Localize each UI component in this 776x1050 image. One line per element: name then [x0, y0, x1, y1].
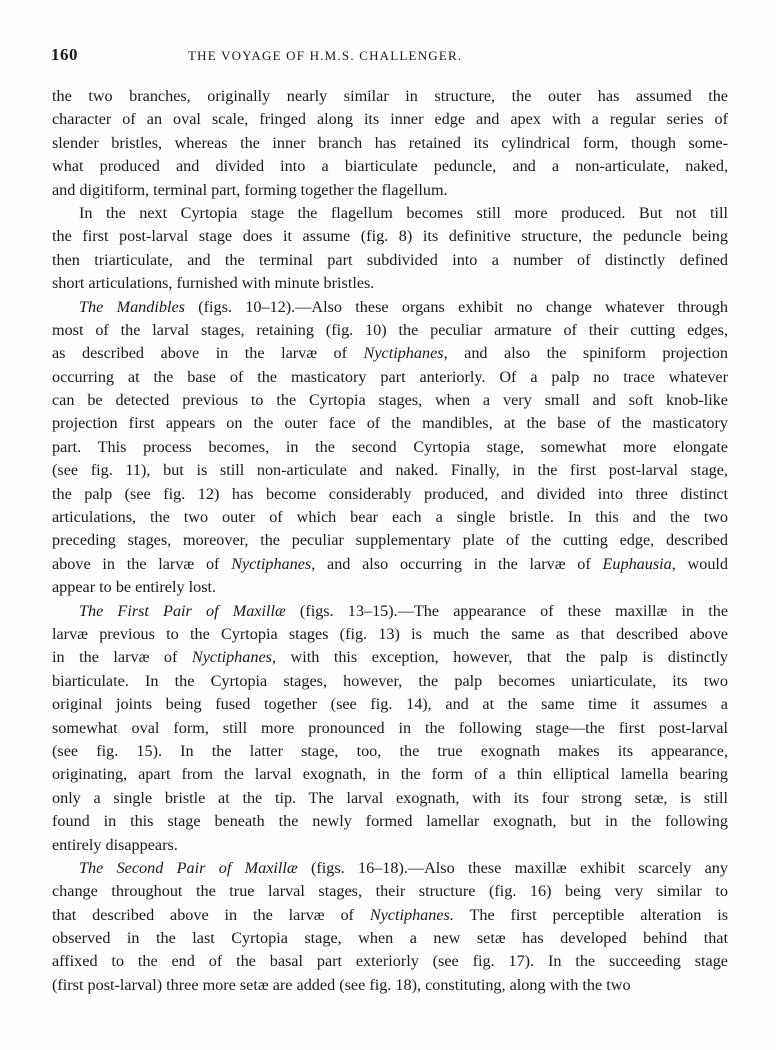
text-line: observed in the last Cyrtopia stage, whe…	[52, 927, 728, 950]
text-line: the palp (see fig. 12) has become consid…	[52, 483, 728, 506]
text-line: then triarticulate, and the terminal par…	[52, 249, 728, 272]
text-line: part. This process becomes, in the secon…	[52, 436, 728, 459]
text-run: affixed to the end of the basal part ext…	[52, 952, 728, 970]
paragraph: The First Pair of Maxillæ (figs. 13–15).…	[52, 600, 728, 857]
text-line: entirely disappears.	[52, 834, 728, 857]
text-line: can be detected previous to the Cyrtopia…	[52, 389, 728, 412]
text-run: , and also the spiniform projection	[444, 344, 728, 362]
taxon-name: Nyctiphanes	[364, 344, 444, 362]
text-run: original joints being fused together (se…	[52, 695, 728, 713]
text-line: The Mandibles (figs. 10–12).—Also these …	[52, 296, 728, 319]
text-run: (see fig. 11), but is still non-articula…	[52, 461, 728, 479]
text-run: occurring at the base of the masticatory…	[52, 368, 728, 386]
text-line: (see fig. 15). In the latter stage, too,…	[52, 740, 728, 763]
text-line: most of the larval stages, retaining (fi…	[52, 319, 728, 342]
text-line: somewhat oval form, still more pronounce…	[52, 717, 728, 740]
text-line: (first post-larval) three more setæ are …	[52, 974, 728, 997]
text-line: In the next Cyrtopia stage the flagellum…	[52, 202, 728, 225]
paragraph: The Mandibles (figs. 10–12).—Also these …	[52, 296, 728, 600]
text-run: short articulations, furnished with minu…	[52, 274, 374, 292]
text-run: found in this stage beneath the newly fo…	[52, 812, 728, 830]
text-line: change throughout the true larval stages…	[52, 880, 728, 903]
text-run: (figs. 10–12).—Also these organs exhibit…	[185, 298, 728, 316]
document-page: 160 THE VOYAGE OF H.M.S. CHALLENGER. the…	[0, 0, 776, 1050]
text-run: character of an oval scale, fringed alon…	[52, 110, 728, 128]
text-line: (see fig. 11), but is still non-articula…	[52, 459, 728, 482]
text-line: biarticulate. In the Cyrtopia stages, ho…	[52, 670, 728, 693]
section-heading: The Second Pair of Maxillæ	[79, 859, 298, 877]
text-run: projection first appears on the outer fa…	[52, 414, 728, 432]
text-run: somewhat oval form, still more pronounce…	[52, 719, 728, 737]
section-heading: The First Pair of Maxillæ	[79, 602, 286, 620]
text-line: articulations, the two outer of which be…	[52, 506, 728, 529]
text-run: slender bristles, whereas the inner bran…	[52, 134, 728, 152]
taxon-name: Euphausia	[603, 555, 672, 573]
text-run: can be detected previous to the Cyrtopia…	[52, 391, 728, 409]
text-run: preceding stages, moreover, the peculiar…	[52, 531, 728, 549]
text-run: larvæ previous to the Cyrtopia stages (f…	[52, 625, 728, 643]
paragraph: the two branches, originally nearly simi…	[52, 85, 728, 202]
text-run: articulations, the two outer of which be…	[52, 508, 728, 526]
page-number: 160	[51, 45, 78, 65]
text-run: above in the larvæ of	[52, 555, 231, 573]
text-run: then triarticulate, and the terminal par…	[52, 251, 728, 269]
text-line: original joints being fused together (se…	[52, 693, 728, 716]
text-run: change throughout the true larval stages…	[52, 882, 728, 900]
text-run: originating, apart from the larval exogn…	[52, 765, 728, 783]
text-line: The Second Pair of Maxillæ (figs. 16–18)…	[52, 857, 728, 880]
text-line: appear to be entirely lost.	[52, 576, 728, 599]
text-run: as described above in the larvæ of	[52, 344, 364, 362]
text-line: originating, apart from the larval exogn…	[52, 763, 728, 786]
text-line: that described above in the larvæ of Nyc…	[52, 904, 728, 927]
taxon-name: Nyctiphanes	[192, 648, 272, 666]
text-run: in the larvæ of	[52, 648, 192, 666]
text-line: projection first appears on the outer fa…	[52, 412, 728, 435]
text-run: (figs. 13–15).—The appearance of these m…	[286, 602, 728, 620]
text-run: part. This process becomes, in the secon…	[52, 438, 728, 456]
text-run: biarticulate. In the Cyrtopia stages, ho…	[52, 672, 728, 690]
text-line: and digitiform, terminal part, forming t…	[52, 179, 728, 202]
taxon-name: Nyctiphanes.	[370, 906, 454, 924]
text-run: The first perceptible alteration is	[454, 906, 728, 924]
paragraph: In the next Cyrtopia stage the flagellum…	[52, 202, 728, 296]
text-line: character of an oval scale, fringed alon…	[52, 108, 728, 131]
text-run: , would	[672, 555, 728, 573]
text-run: observed in the last Cyrtopia stage, whe…	[52, 929, 728, 947]
text-run: the palp (see fig. 12) has become consid…	[52, 485, 728, 503]
text-line: what produced and divided into a biartic…	[52, 155, 728, 178]
text-line: affixed to the end of the basal part ext…	[52, 950, 728, 973]
text-line: The First Pair of Maxillæ (figs. 13–15).…	[52, 600, 728, 623]
text-line: larvæ previous to the Cyrtopia stages (f…	[52, 623, 728, 646]
text-run: (first post-larval) three more setæ are …	[52, 976, 631, 994]
paragraph: The Second Pair of Maxillæ (figs. 16–18)…	[52, 857, 728, 997]
text-run: (see fig. 15). In the latter stage, too,…	[52, 742, 728, 760]
text-run: appear to be entirely lost.	[52, 578, 216, 596]
running-title: THE VOYAGE OF H.M.S. CHALLENGER.	[188, 48, 462, 64]
text-line: preceding stages, moreover, the peculiar…	[52, 529, 728, 552]
text-line: above in the larvæ of Nyctiphanes, and a…	[52, 553, 728, 576]
text-line: as described above in the larvæ of Nycti…	[52, 342, 728, 365]
text-line: the two branches, originally nearly simi…	[52, 85, 728, 108]
text-run: what produced and divided into a biartic…	[52, 157, 728, 175]
text-run: , and also occurring in the larvæ of	[311, 555, 602, 573]
page-header: 160 THE VOYAGE OF H.M.S. CHALLENGER.	[51, 45, 727, 67]
text-run: most of the larval stages, retaining (fi…	[52, 321, 728, 339]
text-run: , with this exception, however, that the…	[272, 648, 728, 666]
body-text: the two branches, originally nearly simi…	[52, 85, 728, 997]
text-line: found in this stage beneath the newly fo…	[52, 810, 728, 833]
text-line: in the larvæ of Nyctiphanes, with this e…	[52, 646, 728, 669]
text-run: only a single bristle at the tip. The la…	[52, 789, 728, 807]
text-line: only a single bristle at the tip. The la…	[52, 787, 728, 810]
taxon-name: Nyctiphanes	[231, 555, 311, 573]
text-run: entirely disappears.	[52, 836, 178, 854]
text-run: In the next Cyrtopia stage the flagellum…	[79, 204, 728, 222]
text-line: short articulations, furnished with minu…	[52, 272, 728, 295]
text-run: that described above in the larvæ of	[52, 906, 370, 924]
text-run: the two branches, originally nearly simi…	[52, 87, 728, 105]
text-run: the first post-larval stage does it assu…	[52, 227, 728, 245]
section-heading: The Mandibles	[79, 298, 185, 316]
text-line: occurring at the base of the masticatory…	[52, 366, 728, 389]
text-line: the first post-larval stage does it assu…	[52, 225, 728, 248]
text-run: and digitiform, terminal part, forming t…	[52, 181, 448, 199]
text-run: (figs. 16–18).—Also these maxillæ exhibi…	[298, 859, 728, 877]
text-line: slender bristles, whereas the inner bran…	[52, 132, 728, 155]
